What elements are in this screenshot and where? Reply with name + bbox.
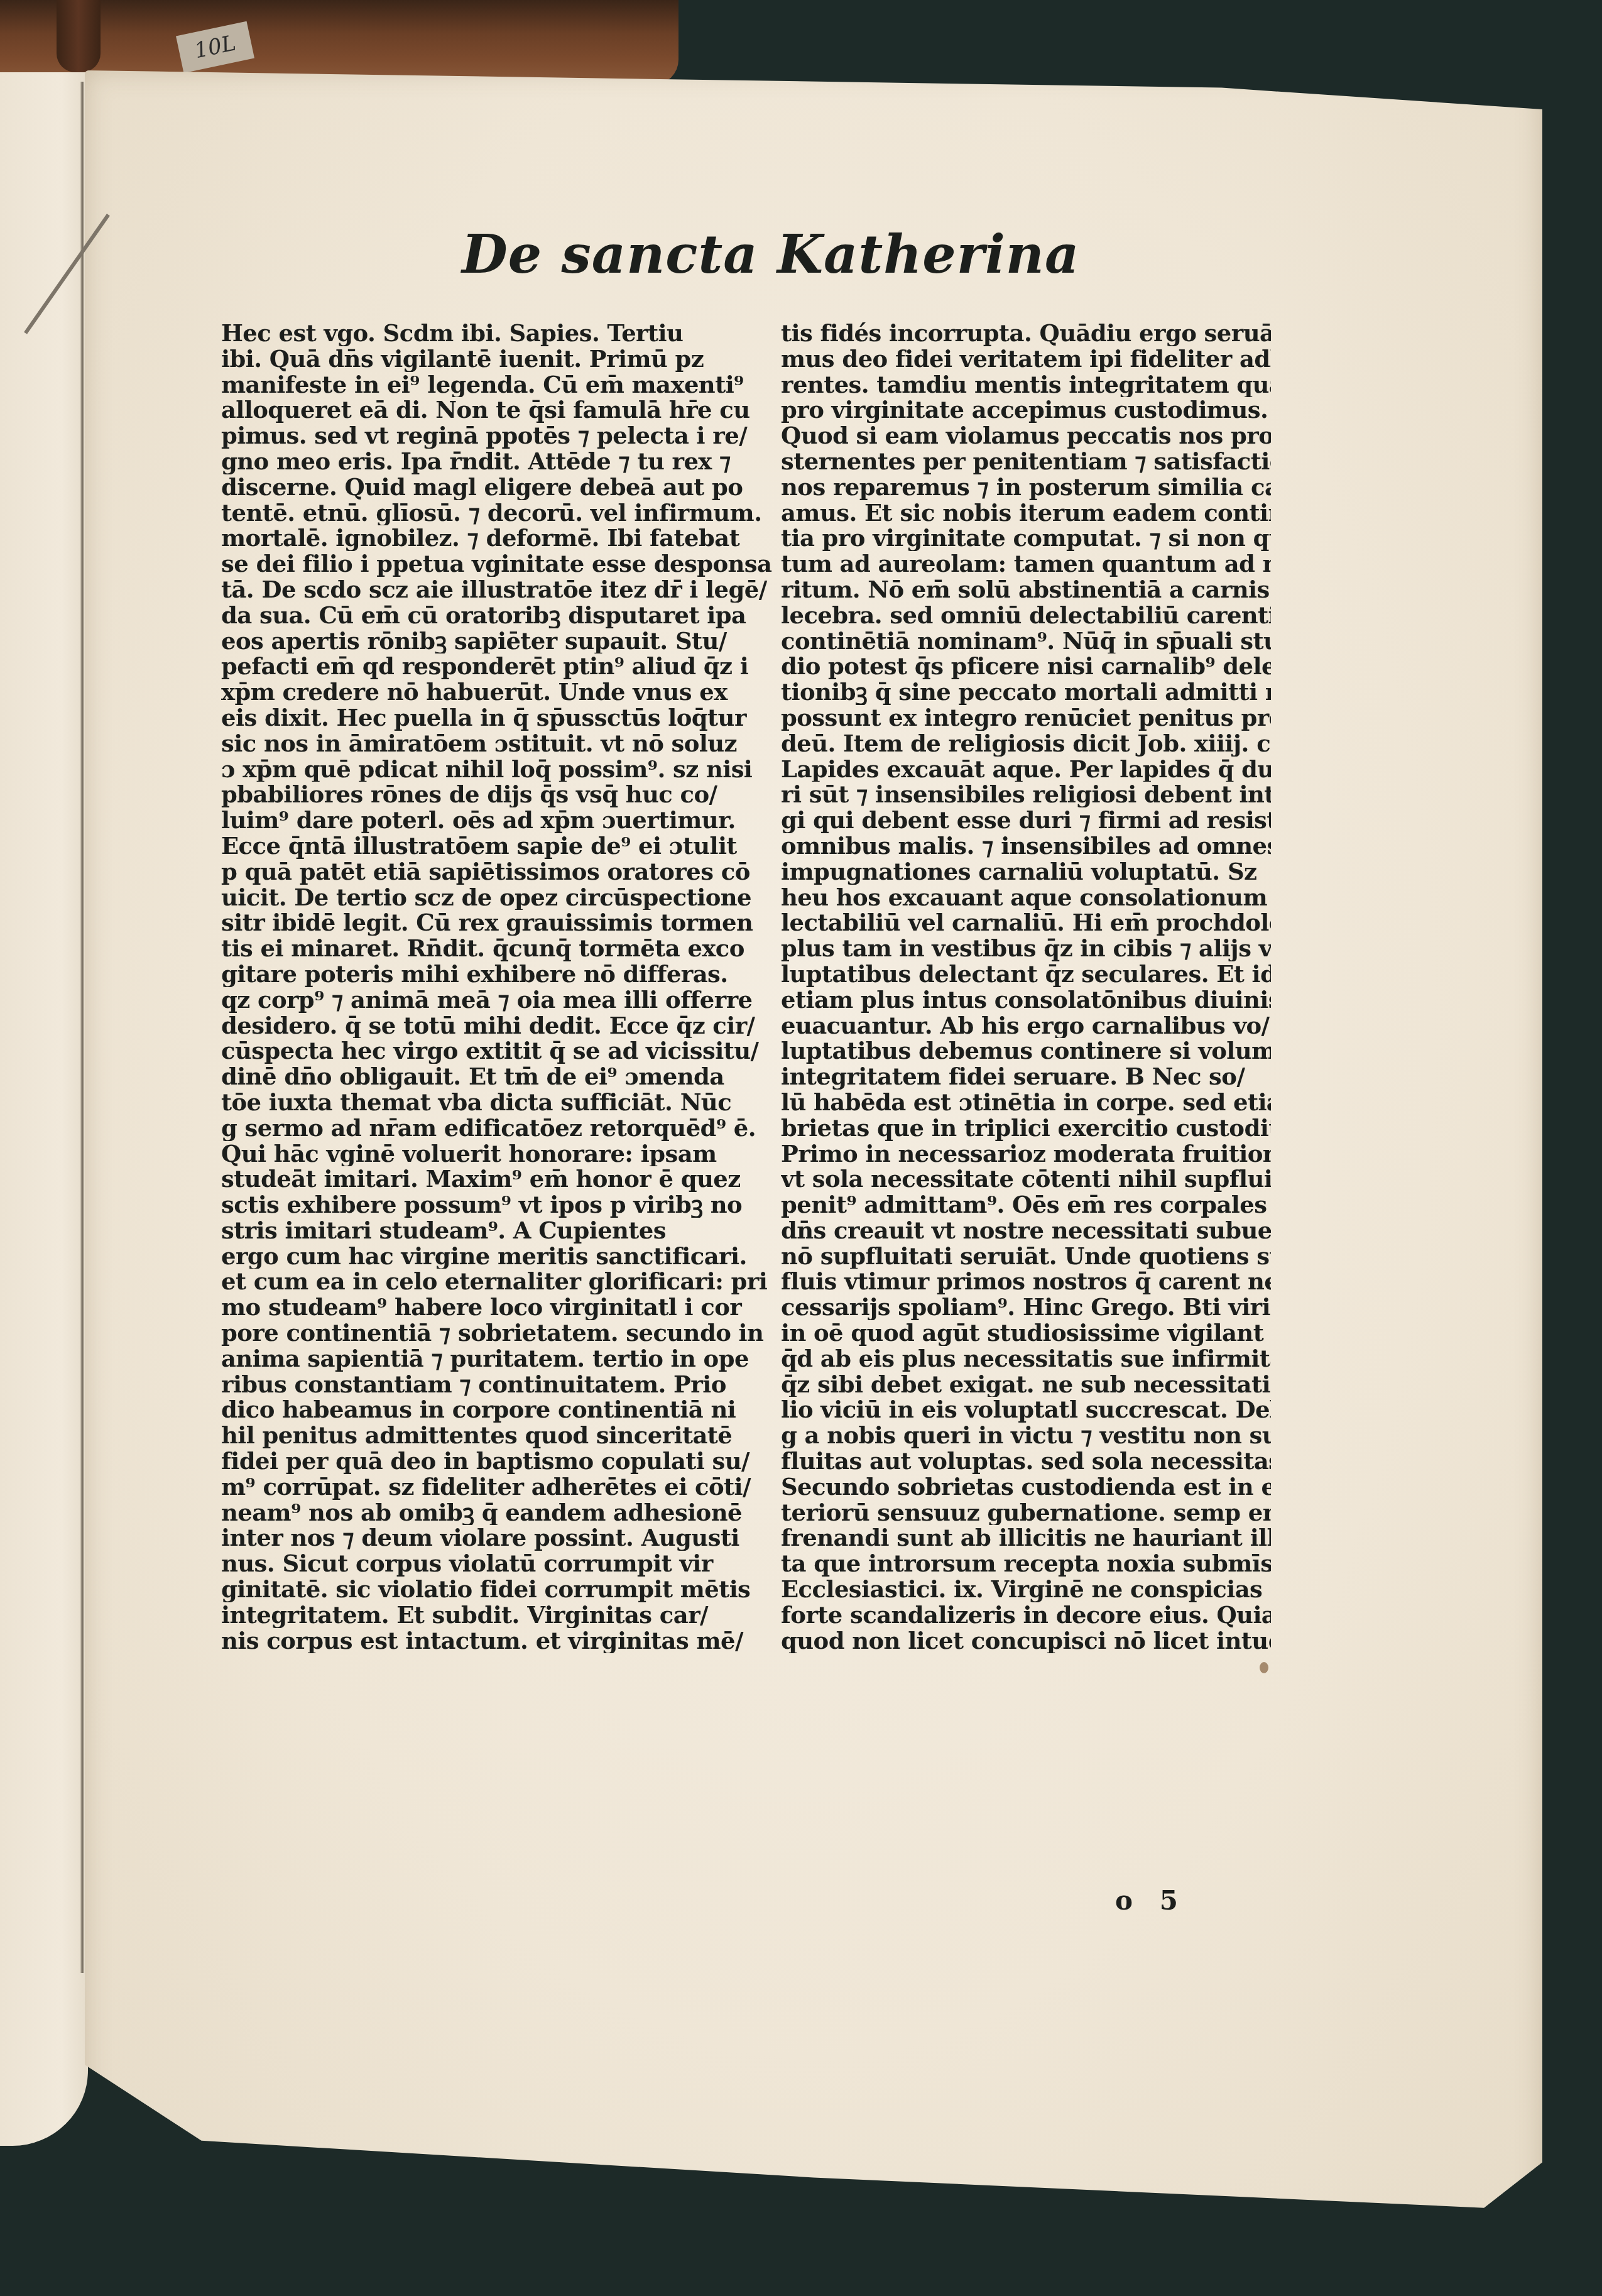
text-line: plus tam in vestibus q̄z in cibis ⁊ alij… (781, 936, 1271, 961)
text-line: frenandi sunt ab illicitis ne hauriant i… (781, 1525, 1271, 1551)
text-line: tis ei minaret. Rn̄dit. q̄cunq̄ tormēta … (221, 936, 774, 961)
text-line: gitare poteris mihi exhibere nō differas… (221, 961, 774, 987)
text-line: p quā patēt etiā sapiētissimos oratores … (221, 859, 774, 885)
text-line: integritatem. Et subdit. Virginitas car/ (221, 1602, 774, 1628)
text-line: alloqueret eā di. Non te q̄si famulā hr̄… (221, 397, 774, 423)
text-line: dinē dn̄o obligauit. Et tm̄ de ei⁹ ɔmend… (221, 1064, 774, 1090)
text-line: dn̄s creauit vt nostre necessitati subue… (781, 1218, 1271, 1244)
text-line: q̄d ab eis plus necessitatis sue infirmi… (781, 1346, 1271, 1372)
text-line: nō supfluitati seruiāt. Unde quotiens su… (781, 1244, 1271, 1269)
text-line: tum ad aureolam: tamen quantum ad me (781, 551, 1271, 577)
text-line: luptatibus debemus continere si volum⁹ (781, 1038, 1271, 1064)
text-line: neam⁹ nos ab omibꝫ q̄ eandem adhesionē (221, 1500, 774, 1526)
text-column-left: Hec est vgo. Scdm ibi. Sapies. Tertiuibi… (221, 320, 774, 1653)
text-line: m⁹ corrūpat. sz fideliter adherētes ei c… (221, 1474, 774, 1500)
text-line: stris imitari studeam⁹. A Cupientes (221, 1218, 774, 1244)
text-line: Ecclesiastici. ix. Virginē ne conspicias… (781, 1577, 1271, 1602)
text-line: pimus. sed vt reginā ppotēs ⁊ pelecta i … (221, 423, 774, 449)
text-line: tis fidés incorrupta. Quādiu ergo seruā/ (781, 320, 1271, 346)
text-line: dio potest q̄s pficere nisi carnalib⁹ de… (781, 653, 1271, 679)
text-line: Primo in necessarioz moderata fruitione (781, 1141, 1271, 1167)
text-line: brietas que in triplici exercitio custod… (781, 1115, 1271, 1141)
text-line: anima sapientiā ⁊ puritatem. tertio in o… (221, 1346, 774, 1372)
text-line: lectabiliū vel carnaliū. Hi em̄ prochdol… (781, 910, 1271, 936)
text-line: ta que introrsum recepta noxia submīstrā… (781, 1551, 1271, 1577)
signature-mark: o 5 (1115, 1885, 1187, 1916)
text-line: q̄z sibi debet exigat. ne sub necessitat… (781, 1372, 1271, 1397)
text-line: sic nos in āmiratōem ɔstituit. vt nō sol… (221, 731, 774, 757)
text-line: integritatem fidei seruare. B Nec so/ (781, 1064, 1271, 1090)
text-line: tia pro virginitate computat. ⁊ si non q… (781, 525, 1271, 551)
text-line: cessarijs spoliam⁹. Hinc Grego. Bti viri (781, 1294, 1271, 1320)
text-line: tionibꝫ q̄ sine peccato mortali admitti … (781, 679, 1271, 705)
shelf-label: 10L (176, 21, 254, 74)
gutter-fold-line (80, 82, 84, 1973)
text-line: continētiā nominam⁹. Nūq̄ in sp̄uali stu… (781, 628, 1271, 654)
text-line: sternentes per penitentiam ⁊ satisfactio… (781, 449, 1271, 474)
text-line: Secundo sobrietas custodienda est in ex (781, 1474, 1271, 1500)
text-line: tā. De scdo scz aie illustratōe itez dr̄… (221, 577, 774, 603)
text-line: impugnationes carnaliū voluptatū. Sz (781, 859, 1271, 885)
text-line: uicit. De tertio scz de opez circūspecti… (221, 885, 774, 910)
text-line: inter nos ⁊ deum violare possint. August… (221, 1525, 774, 1551)
text-line: dico habeamus in corpore continentiā ni (221, 1397, 774, 1423)
text-line: gi qui debent esse duri ⁊ firmi ad resis… (781, 807, 1271, 833)
text-line: nis corpus est intactum. et virginitas m… (221, 1628, 774, 1654)
text-line: mus deo fidei veritatem ipi fideliter ad… (781, 346, 1271, 372)
text-line: quod non licet concupisci nō licet intue… (781, 1628, 1271, 1654)
text-line: tentē. etnū. glīosū. ⁊ decorū. vel infir… (221, 500, 774, 526)
text-line: ri sūt ⁊ insensibiles religiosi debent i… (781, 782, 1271, 807)
text-line: eos apertis rōnibꝫ sapiēter supauit. Stu… (221, 628, 774, 654)
text-line: ergo cum hac virgine meritis sanctificar… (221, 1244, 774, 1269)
text-line: da sua. Cū em̄ cū oratoribꝫ disputaret i… (221, 603, 774, 628)
text-line: amus. Et sic nobis iterum eadem continē (781, 500, 1271, 526)
text-line: ritum. Nō em̄ solū abstinentiā a carnis … (781, 577, 1271, 603)
text-line: rentes. tamdiu mentis integritatem quaz (781, 372, 1271, 398)
text-line: gno meo eris. Ipa r̄ndit. Attēde ⁊ tu re… (221, 449, 774, 474)
text-line: lū habēda est ɔtinētia in corpe. sed eti… (781, 1090, 1271, 1115)
text-line: ginitatē. sic violatio fidei corrumpit m… (221, 1577, 774, 1602)
text-line: eis dixit. Hec puella in q̄ sp̄ussctūs l… (221, 705, 774, 731)
text-line: pbabiliores rōnes de dijs q̄s vsq̄ huc c… (221, 782, 774, 807)
paper-stain (1260, 1662, 1268, 1673)
text-line: lecebra. sed omniū delectabiliū carentia… (781, 603, 1271, 628)
text-line: mo studeam⁹ habere loco virginitatl i co… (221, 1294, 774, 1320)
text-line: ɔ xp̄m quē pdicat nihil loq̄ possim⁹. sz… (221, 757, 774, 782)
text-line: in oē quod agūt studiosissime vigilant n… (781, 1320, 1271, 1346)
text-line: discerne. Quid magl eligere debeā aut po (221, 474, 774, 500)
text-line: xp̄m credere nō habuerūt. Unde vnus ex (221, 679, 774, 705)
binding-fold (57, 0, 101, 72)
text-line: vt sola necessitate cōtenti nihil supflu… (781, 1166, 1271, 1192)
previous-page-edge (0, 72, 88, 2146)
text-line: sitr ibidē legit. Cū rex grauissimis tor… (221, 910, 774, 936)
text-line: lio viciū in eis voluptatl succrescat. D… (781, 1397, 1271, 1423)
text-line: tōe iuxta themat vba dicta sufficiāt. Nū… (221, 1090, 774, 1115)
text-line: teriorū sensuuz gubernatione. semp em̄ r… (781, 1500, 1271, 1526)
text-line: et cum ea in celo eternaliter glorificar… (221, 1269, 774, 1294)
text-line: fluis vtimur primos nostros q̄ carent ne… (781, 1269, 1271, 1294)
text-line: pore continentiā ⁊ sobrietatem. secundo … (221, 1320, 774, 1346)
text-line: cūspecta hec virgo extitit q̄ se ad vici… (221, 1038, 774, 1064)
text-line: Lapides excauāt aque. Per lapides q̄ du (781, 757, 1271, 782)
text-line: possunt ex integro renūciet penitus prop… (781, 705, 1271, 731)
text-line: euacuantur. Ab his ergo carnalibus vo/ (781, 1013, 1271, 1039)
text-line: heu hos excauant aque consolationum de (781, 885, 1271, 910)
running-title: De sancta Katherina (462, 223, 1079, 285)
text-line: forte scandalizeris in decore eius. Quia (781, 1602, 1271, 1628)
text-line: pro virginitate accepimus custodimus. (781, 397, 1271, 423)
text-line: mortalē. ignobilez. ⁊ deformē. Ibi fateb… (221, 525, 774, 551)
text-line: omnibus malis. ⁊ insensibiles ad omnes (781, 833, 1271, 859)
text-line: etiam plus intus consolatōnibus diuinis (781, 987, 1271, 1013)
text-line: g a nobis queri in victu ⁊ vestitu non s… (781, 1423, 1271, 1448)
text-line: se dei filio i ppetua vginitate esse des… (221, 551, 774, 577)
text-line: qz corp⁹ ⁊ animā meā ⁊ oia mea illi offe… (221, 987, 774, 1013)
text-line: Qui hāc vginē voluerit honorare: ipsam (221, 1141, 774, 1167)
text-column-right: tis fidés incorrupta. Quādiu ergo seruā/… (781, 320, 1271, 1653)
text-line: g sermo ad nr̄am edificatōez retorquēd⁹ … (221, 1115, 774, 1141)
text-line: fluitas aut voluptas. sed sola necessita… (781, 1448, 1271, 1474)
text-line: luim⁹ dare poterl. oēs ad xp̄m ɔuertimur… (221, 807, 774, 833)
text-line: ribus constantiam ⁊ continuitatem. Prio (221, 1372, 774, 1397)
text-line: pefacti em̄ qd responderēt ptin⁹ aliud q… (221, 653, 774, 679)
text-line: Ecce q̄ntā illustratōem sapie de⁹ ei ɔtu… (221, 833, 774, 859)
text-line: nos reparemus ⁊ in posterum similia caue (781, 474, 1271, 500)
text-line: Hec est vgo. Scdm ibi. Sapies. Tertiu (221, 320, 774, 346)
text-line: deū. Item de religiosis dicit Job. xiiij… (781, 731, 1271, 757)
text-line: sctis exhibere possum⁹ vt ipos p viribꝫ … (221, 1192, 774, 1218)
text-line: fidei per quā deo in baptismo copulati s… (221, 1448, 774, 1474)
text-line: hil penitus admittentes quod sinceritatē (221, 1423, 774, 1448)
text-line: nus. Sicut corpus violatū corrumpit vir (221, 1551, 774, 1577)
text-line: desidero. q̄ se totū mihi dedit. Ecce q̄… (221, 1013, 774, 1039)
text-line: penit⁹ admittam⁹. Oēs em̄ res corpales (781, 1192, 1271, 1218)
text-line: ibi. Quā dn̄s vigilantē iuenit. Primū pz (221, 346, 774, 372)
text-line: luptatibus delectant q̄z seculares. Et i… (781, 961, 1271, 987)
text-line: studeāt imitari. Maxim⁹ em̄ honor ē quez (221, 1166, 774, 1192)
text-line: manifeste in ei⁹ legenda. Cū em̄ maxenti… (221, 372, 774, 398)
text-line: Quod si eam violamus peccatis nos pro (781, 423, 1271, 449)
